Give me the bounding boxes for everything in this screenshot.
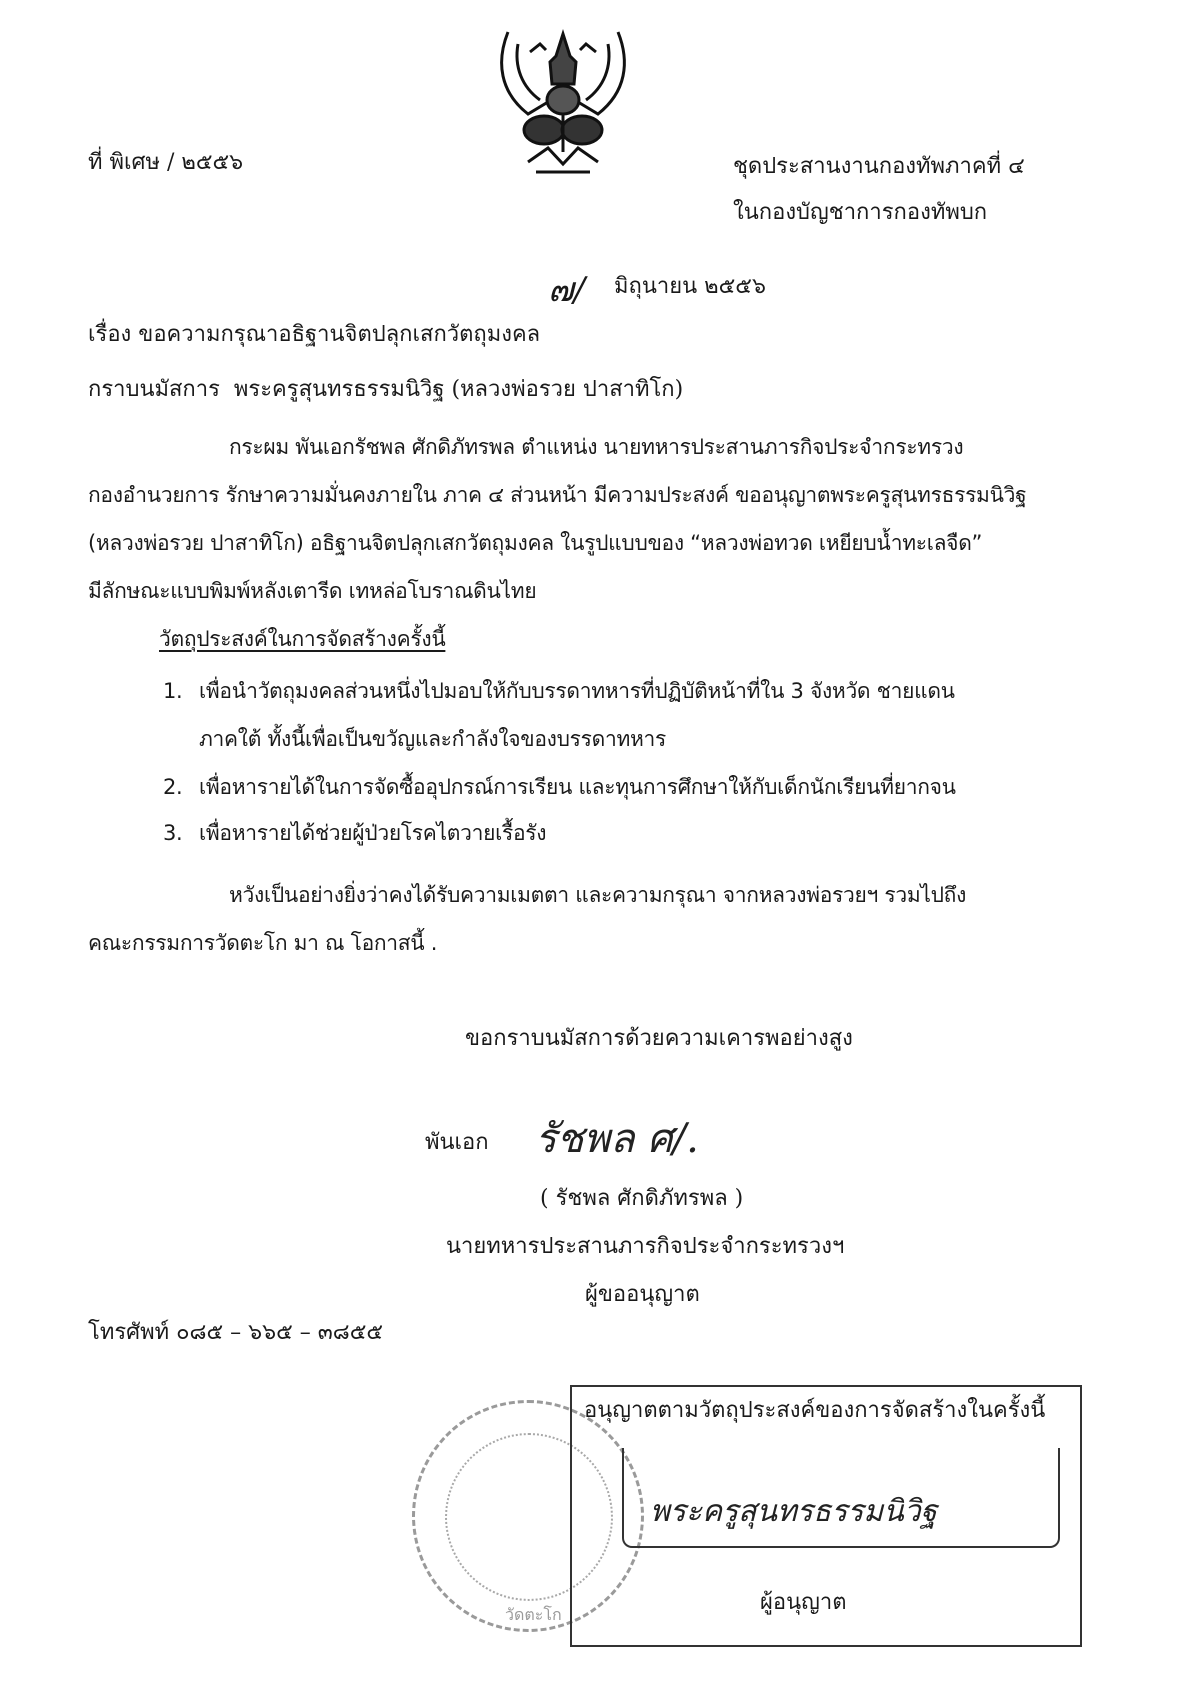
body-p1-line: กระผม พันเอกรัชพล ศักดิภัทรพล ตำแหน่ง นา… <box>229 432 963 462</box>
objective-text: เพื่อหารายได้ช่วยผู้ป่วยโรคไตวายเรื้อรัง <box>199 818 546 848</box>
salutation-label: กราบนมัสการ <box>88 377 220 402</box>
objective-text: ภาคใต้ ทั้งนี้เพื่อเป็นขวัญและกำลังใจของ… <box>199 724 666 754</box>
body-p1-line: (หลวงพ่อรวย ปาสาทิโก) อธิฐานจิตปลุกเสกวั… <box>88 528 982 558</box>
temple-seal-text: วัดตะโก <box>505 1603 562 1628</box>
approval-statement: อนุญาตตามวัตถุประสงค์ของการจัดสร้างในครั… <box>584 1396 1045 1426</box>
phone-number: โทรศัพท์ ๐๘๕ – ๖๖๕ – ๓๘๕๕ <box>88 1318 383 1348</box>
sender-line-1: ชุดประสานงานกองทัพภาคที่ ๔ <box>733 152 1025 182</box>
salutation-line: กราบนมัสการ พระครูสุนทรธรรมนิวิฐ (หลวงพ่… <box>88 375 683 405</box>
approval-role: ผู้อนุญาต <box>760 1588 847 1618</box>
date-day-handwritten: ๗/ <box>548 262 585 316</box>
subject-text: ขอความกรุณาอธิฐานจิตปลุกเสกวัตถุมงคล <box>138 322 540 347</box>
objective-number: 1. <box>163 676 182 706</box>
body-p2-line: คณะกรรมการวัดตะโก มา ณ โอกาสนี้ . <box>88 928 437 958</box>
sender-line-2: ในกองบัญชาการกองทัพบก <box>733 198 987 228</box>
garuda-emblem-icon <box>488 22 638 180</box>
objective-number: 2. <box>163 772 182 802</box>
approval-signature: พระครูสุนทรธรรมนิวิฐ <box>650 1488 937 1535</box>
body-p1-line: กองอำนวยการ รักษาความมั่นคงภายใน ภาค ๔ ส… <box>88 480 1026 510</box>
objectives-heading: วัตถุประสงค์ในการจัดสร้างครั้งนี้ <box>159 624 445 654</box>
objective-text: เพื่อนำวัตถุมงคลส่วนหนึ่งไปมอบให้กับบรรด… <box>199 676 955 706</box>
date-text: มิถุนายน ๒๕๕๖ <box>614 272 766 302</box>
objective-text: เพื่อหารายได้ในการจัดซื้ออุปกรณ์การเรียน… <box>199 772 956 802</box>
subject-line: เรื่อง ขอความกรุณาอธิฐานจิตปลุกเสกวัตถุม… <box>88 320 540 350</box>
signer-signature: รัชพล ศ/. <box>535 1106 699 1170</box>
closing-regards: ขอกราบนมัสการด้วยความเคารพอย่างสูง <box>465 1024 853 1054</box>
signer-rank: พันเอก <box>425 1128 489 1158</box>
signer-role: ผู้ขออนุญาต <box>585 1280 700 1310</box>
body-p1-line: มีลักษณะแบบพิมพ์หลังเตารีด เทหล่อโบราณดิ… <box>88 576 536 606</box>
salutation-text: พระครูสุนทรธรรมนิวิฐ (หลวงพ่อรวย ปาสาทิโ… <box>234 377 683 402</box>
signer-name: ( รัชพล ศักดิภัทรพล ) <box>540 1184 743 1214</box>
reference-number: ที่ พิเศษ / ๒๕๕๖ <box>88 148 243 178</box>
subject-label: เรื่อง <box>88 322 131 347</box>
signer-position: นายทหารประสานภารกิจประจำกระทรวงฯ <box>446 1232 844 1262</box>
objective-number: 3. <box>163 818 182 848</box>
body-p2-line: หวังเป็นอย่างยิ่งว่าคงได้รับความเมตตา แล… <box>229 880 966 910</box>
